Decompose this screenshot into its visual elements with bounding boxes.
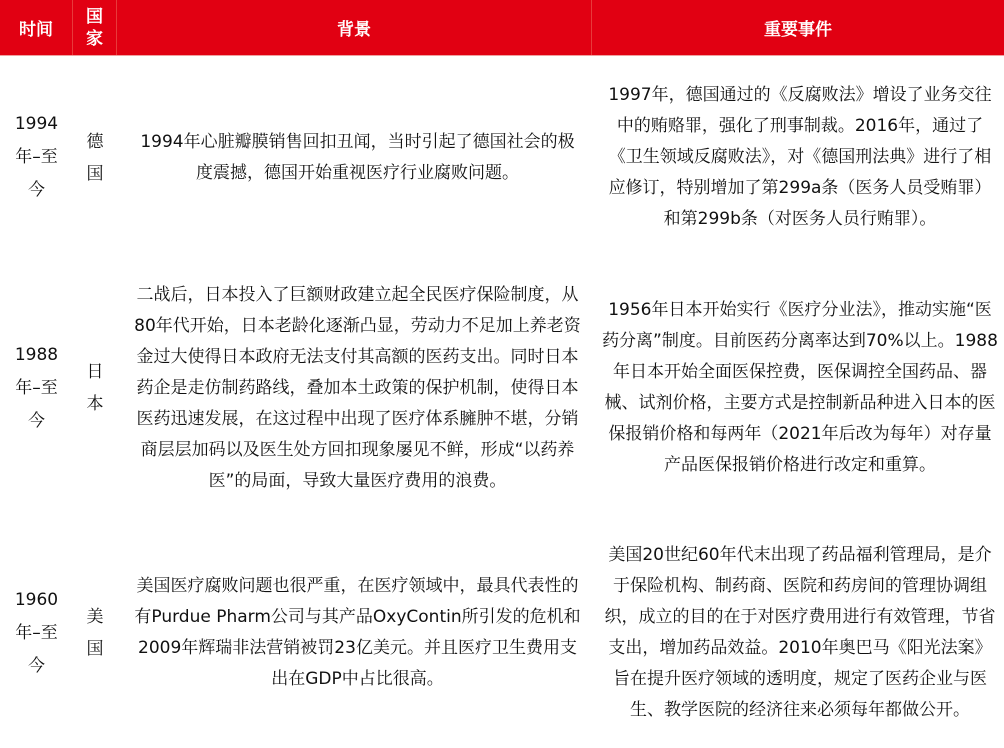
country-line2: 国 bbox=[87, 633, 104, 665]
table-row: 1988年–至今 日 本 二战后，日本投入了巨额财政建立起全民医疗保险制度，从8… bbox=[0, 259, 1004, 517]
table-row: 1994年–至今 德 国 1994年心脏瓣膜销售回扣丑闻，当时引起了德国社会的极… bbox=[0, 56, 1004, 259]
country-line2: 本 bbox=[87, 388, 104, 420]
cell-background: 美国医疗腐败问题也很严重，在医疗领域中，最具代表性的有Purdue Pharm公… bbox=[117, 517, 592, 748]
cell-country: 德 国 bbox=[73, 56, 117, 259]
time-text: 1960年–至今 bbox=[8, 584, 66, 683]
regulation-table: 时间 国 家 背景 重要事件 1994年–至今 德 国 1994年心脏瓣膜销售回… bbox=[0, 0, 1004, 748]
cell-events: 1956年日本开始实行《医疗分业法》，推动实施“医药分离”制度。目前医药分离率达… bbox=[592, 259, 1004, 517]
header-background: 背景 bbox=[117, 0, 592, 55]
country-line1: 德 bbox=[87, 126, 104, 158]
cell-country: 日 本 bbox=[73, 259, 117, 517]
cell-time: 1994年–至今 bbox=[0, 56, 73, 259]
events-text: 1997年，德国通过的《反腐败法》增设了业务交往中的贿赂罪，强化了刑事制裁。20… bbox=[602, 80, 998, 235]
country-line2: 国 bbox=[87, 158, 104, 190]
time-text: 1994年–至今 bbox=[12, 108, 62, 207]
cell-time: 1960年–至今 bbox=[0, 517, 73, 748]
background-text: 美国医疗腐败问题也很严重，在医疗领域中，最具代表性的有Purdue Pharm公… bbox=[133, 571, 582, 695]
header-events: 重要事件 bbox=[592, 0, 1004, 55]
country-line1: 美 bbox=[87, 601, 104, 633]
background-text: 1994年心脏瓣膜销售回扣丑闻，当时引起了德国社会的极度震撼，德国开始重视医疗行… bbox=[133, 127, 582, 189]
events-text: 美国20世纪60年代末出现了药品福利管理局，是介于保险机构、制药商、医院和药房间… bbox=[602, 540, 998, 726]
cell-events: 1997年，德国通过的《反腐败法》增设了业务交往中的贿赂罪，强化了刑事制裁。20… bbox=[592, 56, 1004, 259]
country-line1: 日 bbox=[87, 356, 104, 388]
background-text: 二战后，日本投入了巨额财政建立起全民医疗保险制度，从80年代开始，日本老龄化逐渐… bbox=[133, 280, 582, 497]
table-row: 1960年–至今 美 国 美国医疗腐败问题也很严重，在医疗领域中，最具代表性的有… bbox=[0, 517, 1004, 748]
cell-background: 1994年心脏瓣膜销售回扣丑闻，当时引起了德国社会的极度震撼，德国开始重视医疗行… bbox=[117, 56, 592, 259]
cell-time: 1988年–至今 bbox=[0, 259, 73, 517]
cell-background: 二战后，日本投入了巨额财政建立起全民医疗保险制度，从80年代开始，日本老龄化逐渐… bbox=[117, 259, 592, 517]
table-header: 时间 国 家 背景 重要事件 bbox=[0, 0, 1004, 56]
cell-events: 美国20世纪60年代末出现了药品福利管理局，是介于保险机构、制药商、医院和药房间… bbox=[592, 517, 1004, 748]
header-time: 时间 bbox=[0, 0, 73, 55]
cell-country: 美 国 bbox=[73, 517, 117, 748]
header-country-line1: 国 bbox=[86, 6, 103, 28]
time-text: 1988年–至今 bbox=[12, 339, 62, 438]
header-country-line2: 家 bbox=[86, 28, 103, 50]
events-text: 1956年日本开始实行《医疗分业法》，推动实施“医药分离”制度。目前医药分离率达… bbox=[602, 295, 998, 481]
header-country: 国 家 bbox=[73, 0, 117, 55]
